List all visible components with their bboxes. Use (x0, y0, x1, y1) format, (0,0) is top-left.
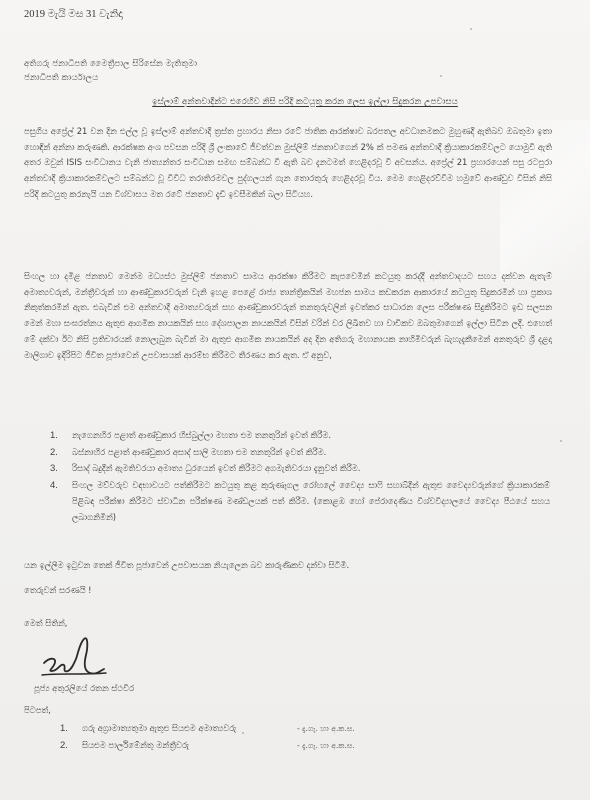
blessing-line: තෙරුවන් සරණයි ! (24, 585, 92, 596)
scan-speck (242, 732, 244, 734)
scan-speck (470, 28, 472, 30)
cc-number: 1. (60, 723, 82, 734)
demand-item: 4. සිංහල මව්වරුව වඳභාවයට පත්කිරීමට කටයුත… (50, 478, 550, 525)
demand-text: රිසාද් බදුදීන් ඇමතිවරයා අමාත්‍ය ධුරයෙන් … (72, 461, 550, 477)
addressee-block: අතිගරු ජනාධිපති මෛත්‍රීපාල සිරිසේන මැතිත… (24, 57, 197, 85)
cc-item: 2. සියළුම පාර්ලිමේන්තු මන්ත්‍රීවරු - දැ.… (60, 737, 355, 754)
cc-item: 1. ගරු අග්‍රාමාත්‍යතුමා ඇතුළු සියළුම අමා… (60, 720, 355, 737)
cc-label: පිටපත්, (24, 705, 51, 716)
scan-speck (560, 440, 562, 442)
demand-number: 1. (50, 428, 72, 444)
regards-line: මෙත් සිතින්, (24, 618, 67, 629)
demand-item: 1. නැගෙනහිර පළාත් ආණ්ඩුකාර හිස්බුල්ලා මහ… (50, 428, 550, 444)
scanned-letter-page: 2019 මැයි මස 31 වැනිදා අතිගරු ජනාධිපති ම… (0, 0, 590, 800)
demand-item: 3. රිසාද් බදුදීන් ඇමතිවරයා අමාත්‍ය ධුරයෙ… (50, 461, 550, 477)
cc-recipient: සියළුම පාර්ලිමේන්තු මන්ත්‍රීවරු (82, 740, 297, 751)
demand-text: සිංහල මව්වරුව වඳභාවයට පත්කිරීමට කටයුතු ක… (72, 478, 550, 525)
handwritten-signature-icon (40, 633, 110, 681)
cc-note: - දැ.ගැ. හා අ.ක.ස. (297, 741, 355, 751)
body-paragraph-1: පසුගිය අප්‍රේල් 21 වන දින එල්ල වූ ඉස්ලාම… (24, 124, 552, 203)
signer-name: පූජ්‍ය අතුරලියේ රතන ස්ථවිර (34, 683, 134, 694)
scan-speck (440, 75, 442, 77)
demand-text: බස්නාහිර පළාත් ආණ්ඩුකාර අසාද් සාලි මහතා … (72, 445, 550, 461)
addressee-office: ජනාධිපති කාර්යාලය (24, 71, 197, 85)
body-paragraph-2: සිංහල හා දමිළ ජනතාව මෙන්ම මධ්‍යස්ථ මුස්ල… (24, 269, 552, 363)
demand-number: 2. (50, 445, 72, 461)
demand-text: නැගෙනහිර පළාත් ආණ්ඩුකාර හිස්බුල්ලා මහතා … (72, 428, 550, 444)
demands-list: 1. නැගෙනහිර පළාත් ආණ්ඩුකාර හිස්බුල්ලා මහ… (50, 428, 550, 526)
demand-number: 3. (50, 461, 72, 477)
addressee-name: අතිගරු ජනාධිපති මෛත්‍රීපාල සිරිසේන මැතිත… (24, 57, 197, 71)
cc-number: 2. (60, 740, 82, 751)
cc-note: - දැ.ගැ. හා අ.ක.ස. (297, 724, 355, 734)
letter-date: 2019 මැයි මස 31 වැනිදා (24, 9, 123, 21)
cc-recipient: ගරු අග්‍රාමාත්‍යතුමා ඇතුළු සියළුම අමාත්‍… (82, 723, 297, 734)
demand-item: 2. බස්නාහිර පළාත් ආණ්ඩුකාර අසාද් සාලි මහ… (50, 445, 550, 461)
cc-list: 1. ගරු අග්‍රාමාත්‍යතුමා ඇතුළු සියළුම අමා… (60, 720, 355, 754)
closing-statement: යන ඉල්ලීම ඉටුවන තෙක් ජීවිත පූජාවෙන් උපවා… (24, 560, 349, 571)
letter-subject: ඉස්ලාම් අන්තවාදීන්ට එරෙහිව නිසි පරිදි කට… (0, 97, 590, 107)
demand-number: 4. (50, 478, 72, 525)
